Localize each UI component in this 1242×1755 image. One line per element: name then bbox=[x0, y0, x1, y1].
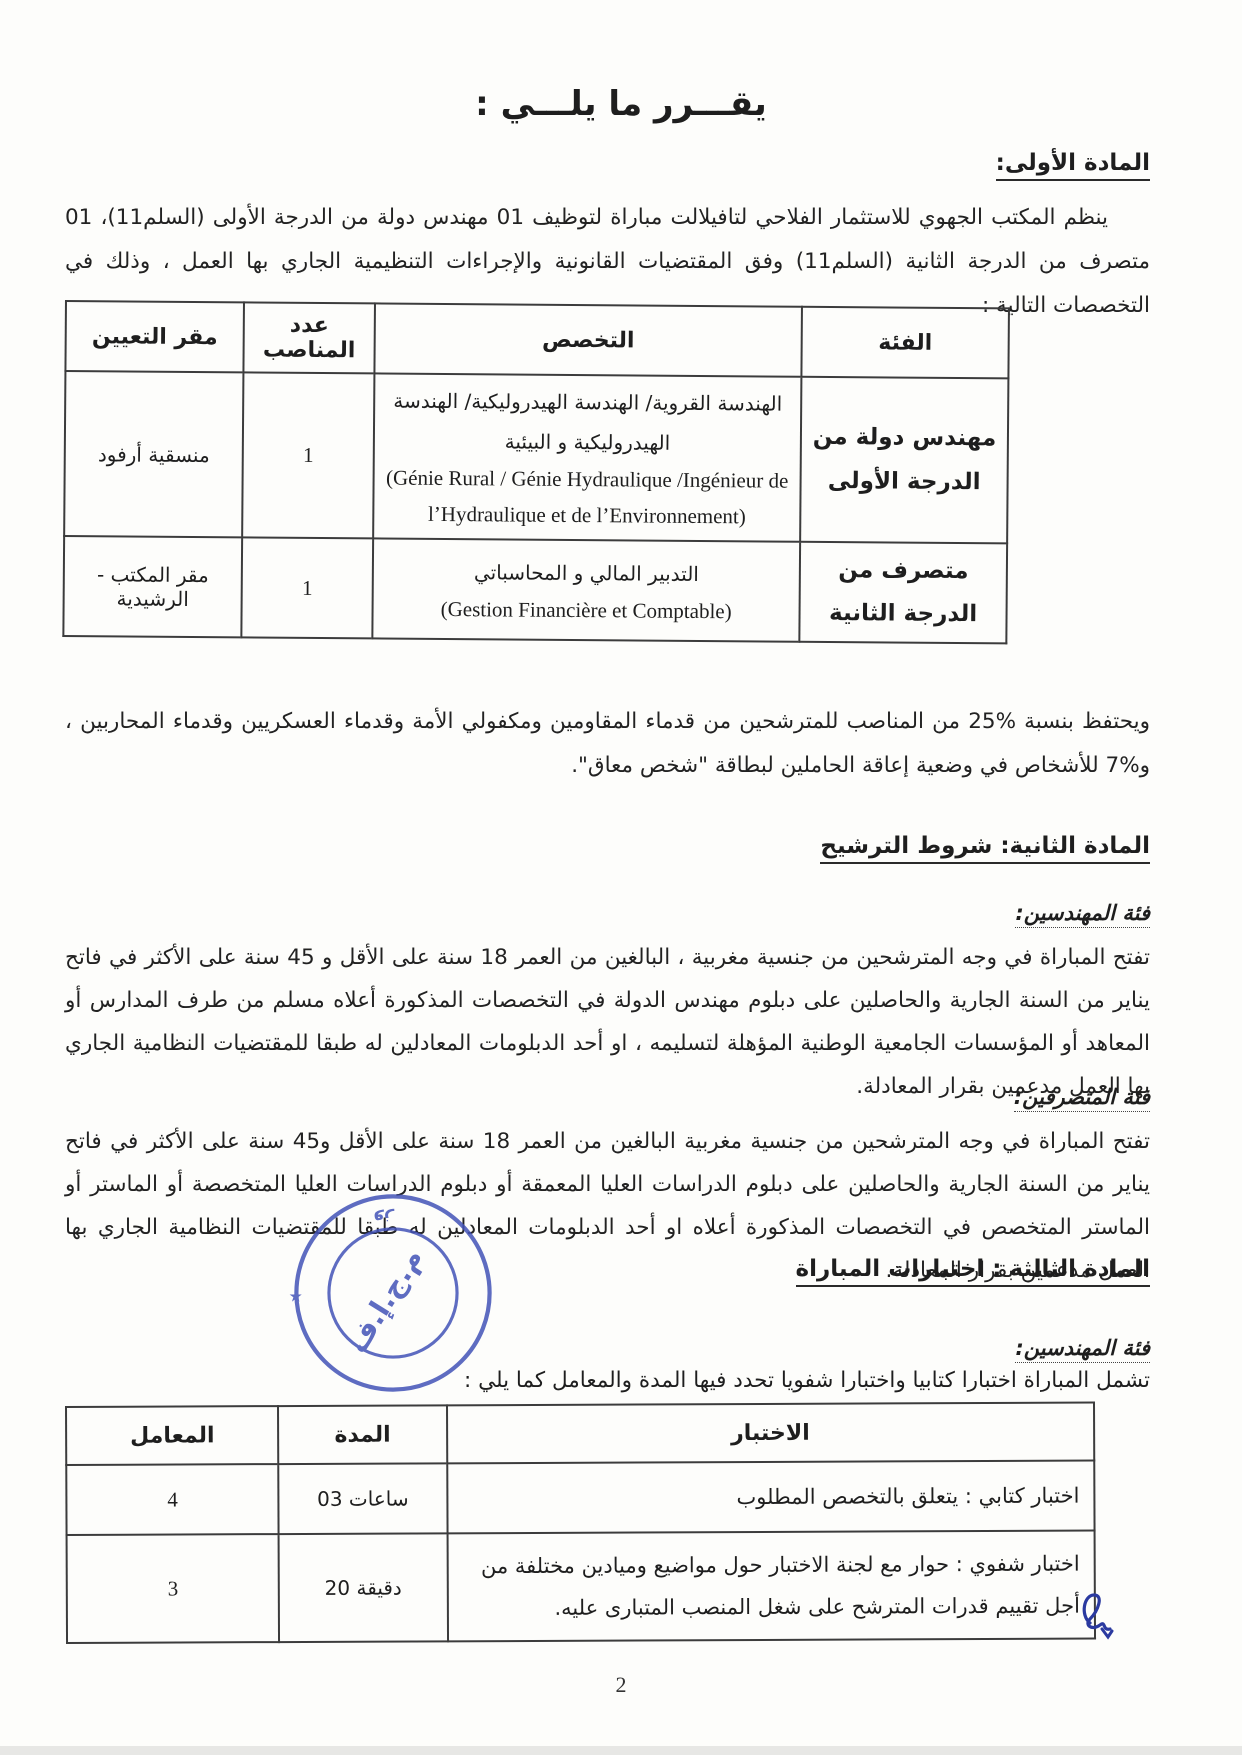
scan-edge-shadow bbox=[0, 1746, 1242, 1755]
stamp-star-icon: ★ bbox=[289, 1286, 303, 1305]
coefficient-cell: 4 bbox=[66, 1464, 279, 1535]
positions-table-header-location: مقر التعيين bbox=[65, 301, 244, 372]
specialty-arabic: الهندسة القروية/ الهندسة الهيدروليكية/ ا… bbox=[385, 381, 791, 464]
article3-heading: المادة الثالثة : اختبارات المباراة bbox=[796, 1256, 1150, 1287]
stamp-center-initials: م.ج.إ.ف bbox=[340, 1243, 430, 1359]
engineers-category-label: فئة المهندسين: bbox=[1015, 901, 1150, 928]
tests-intro-line: تشمل المباراة اختبارا كتابيا واختبارا شف… bbox=[65, 1368, 1150, 1393]
positions-table-header-category: الفئة bbox=[802, 307, 1009, 379]
location-cell: مقر المكتب - الرشيدية bbox=[63, 536, 242, 637]
location-cell: منسقية أرفود bbox=[64, 371, 243, 538]
table-row: مهندس دولة من الدرجة الأولى الهندسة القر… bbox=[64, 371, 1008, 544]
administrators-category-label: فئة المتصرفين: bbox=[1014, 1085, 1150, 1112]
signature-paraph-icon bbox=[1072, 1585, 1136, 1649]
tests-table-header-test: الاختبار bbox=[447, 1403, 1095, 1464]
ministry-stamp-icon: وزارة الفلاحة والتنمية القروية والمياه و… bbox=[288, 1188, 498, 1398]
document-title: يقـــرر ما يلـــي : bbox=[0, 84, 1242, 124]
article1-heading: المادة الأولى: bbox=[996, 150, 1150, 181]
page-number: 2 bbox=[0, 1672, 1242, 1698]
reserved-quota-note: ويحتفظ بنسبة %25 من المناصب للمترشحين من… bbox=[65, 700, 1150, 788]
engineers-category-label-2: فئة المهندسين: bbox=[1015, 1336, 1150, 1363]
specialty-cell: التدبير المالي و المحاسباتي (Gestion Fin… bbox=[372, 539, 800, 642]
test-description-cell: اختبار كتابي : يتعلق بالتخصص المطلوب bbox=[447, 1461, 1095, 1534]
tests-table: الاختبار المدة المعامل اختبار كتابي : يت… bbox=[65, 1402, 1096, 1644]
specialty-cell: الهندسة القروية/ الهندسة الهيدروليكية/ ا… bbox=[373, 373, 801, 542]
positions-count-cell: 1 bbox=[241, 538, 373, 639]
table-row: اختبار كتابي : يتعلق بالتخصص المطلوب 03 … bbox=[66, 1461, 1094, 1535]
duration-cell: 20 دقيقة bbox=[279, 1533, 448, 1642]
test-description-cell: اختبار شفوي : حوار مع لجنة الاختبار حول … bbox=[447, 1531, 1095, 1642]
positions-table: الفئة التخصص عدد المناصب مقر التعيين مهن… bbox=[62, 300, 1010, 645]
positions-table-header-specialty: التخصص bbox=[374, 303, 802, 376]
positions-count-cell: 1 bbox=[242, 372, 374, 538]
duration-cell: 03 ساعات bbox=[279, 1463, 448, 1534]
engineers-conditions: تفتح المباراة في وجه المترشحين من جنسية … bbox=[65, 936, 1150, 1108]
specialty-french: (Gestion Financière et Comptable) bbox=[383, 591, 788, 630]
tests-table-header-coefficient: المعامل bbox=[66, 1406, 279, 1465]
positions-table-header-positions: عدد المناصب bbox=[244, 302, 375, 373]
table-row: متصرف من الدرجة الثانية التدبير المالي و… bbox=[63, 536, 1007, 643]
article2-heading: المادة الثانية: شروط الترشيح bbox=[820, 833, 1150, 864]
specialty-arabic: التدبير المالي و المحاسباتي bbox=[384, 551, 789, 594]
tests-table-header-duration: المدة bbox=[278, 1405, 446, 1464]
table-row: اختبار شفوي : حوار مع لجنة الاختبار حول … bbox=[67, 1531, 1095, 1643]
coefficient-cell: 3 bbox=[67, 1534, 280, 1643]
scanned-document-page: يقـــرر ما يلـــي : المادة الأولى: ينظم … bbox=[0, 0, 1242, 1755]
category-cell: مهندس دولة من الدرجة الأولى bbox=[800, 377, 1008, 544]
category-cell: متصرف من الدرجة الثانية bbox=[799, 542, 1007, 644]
specialty-french: (Génie Rural / Génie Hydraulique /Ingéni… bbox=[384, 461, 790, 536]
